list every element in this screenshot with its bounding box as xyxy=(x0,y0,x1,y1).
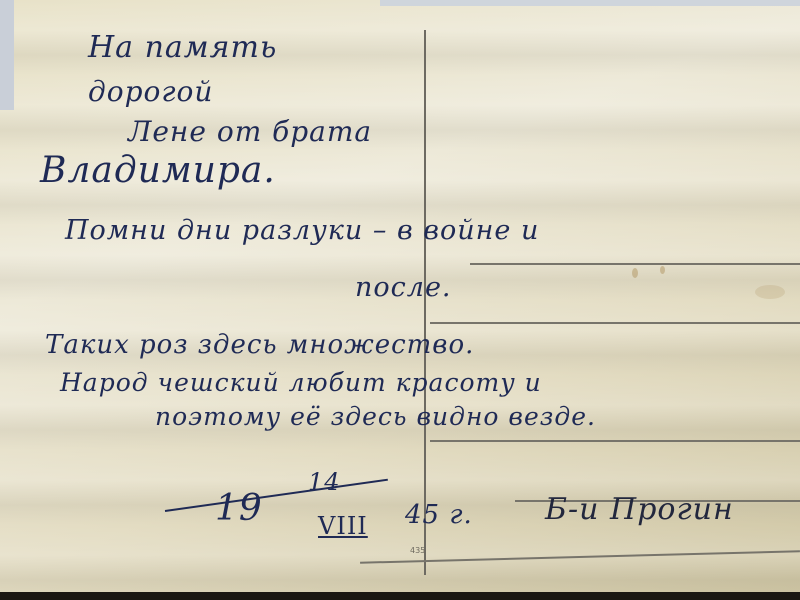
address-line xyxy=(430,322,800,324)
date-month: VIII xyxy=(318,512,368,540)
postcard-back: На память дорогой Лене от брата Владимир… xyxy=(0,0,800,592)
handwritten-line: дорогой xyxy=(88,75,213,108)
handwritten-line: На память xyxy=(88,30,277,65)
date-year-prefix: 19 xyxy=(215,488,263,529)
handwritten-line: поэтому её здесь видно везде. xyxy=(155,402,596,431)
stain xyxy=(660,266,665,274)
date-fraction-line xyxy=(165,479,388,512)
address-line xyxy=(430,440,800,442)
stain xyxy=(755,285,785,299)
handwritten-line: Таких роз здесь множество. xyxy=(45,330,474,360)
address-line xyxy=(360,550,800,563)
handwritten-line: Лене от брата xyxy=(128,115,372,148)
handwritten-line: Народ чешский любит красоту и xyxy=(60,368,542,397)
date-day: 14 xyxy=(308,468,341,496)
background-edge xyxy=(0,0,14,110)
date-year-suffix: 45 г. xyxy=(405,500,473,530)
handwritten-line: Помни дни разлуки – в войне и xyxy=(65,215,539,246)
address-line xyxy=(470,263,800,265)
background-edge-top xyxy=(380,0,800,6)
handwritten-line: после. xyxy=(355,272,452,303)
stain xyxy=(632,268,638,278)
handwritten-line: Владимира. xyxy=(40,150,276,191)
print-number: 435 xyxy=(410,546,425,555)
signature: Б-и Прогин xyxy=(545,492,734,527)
